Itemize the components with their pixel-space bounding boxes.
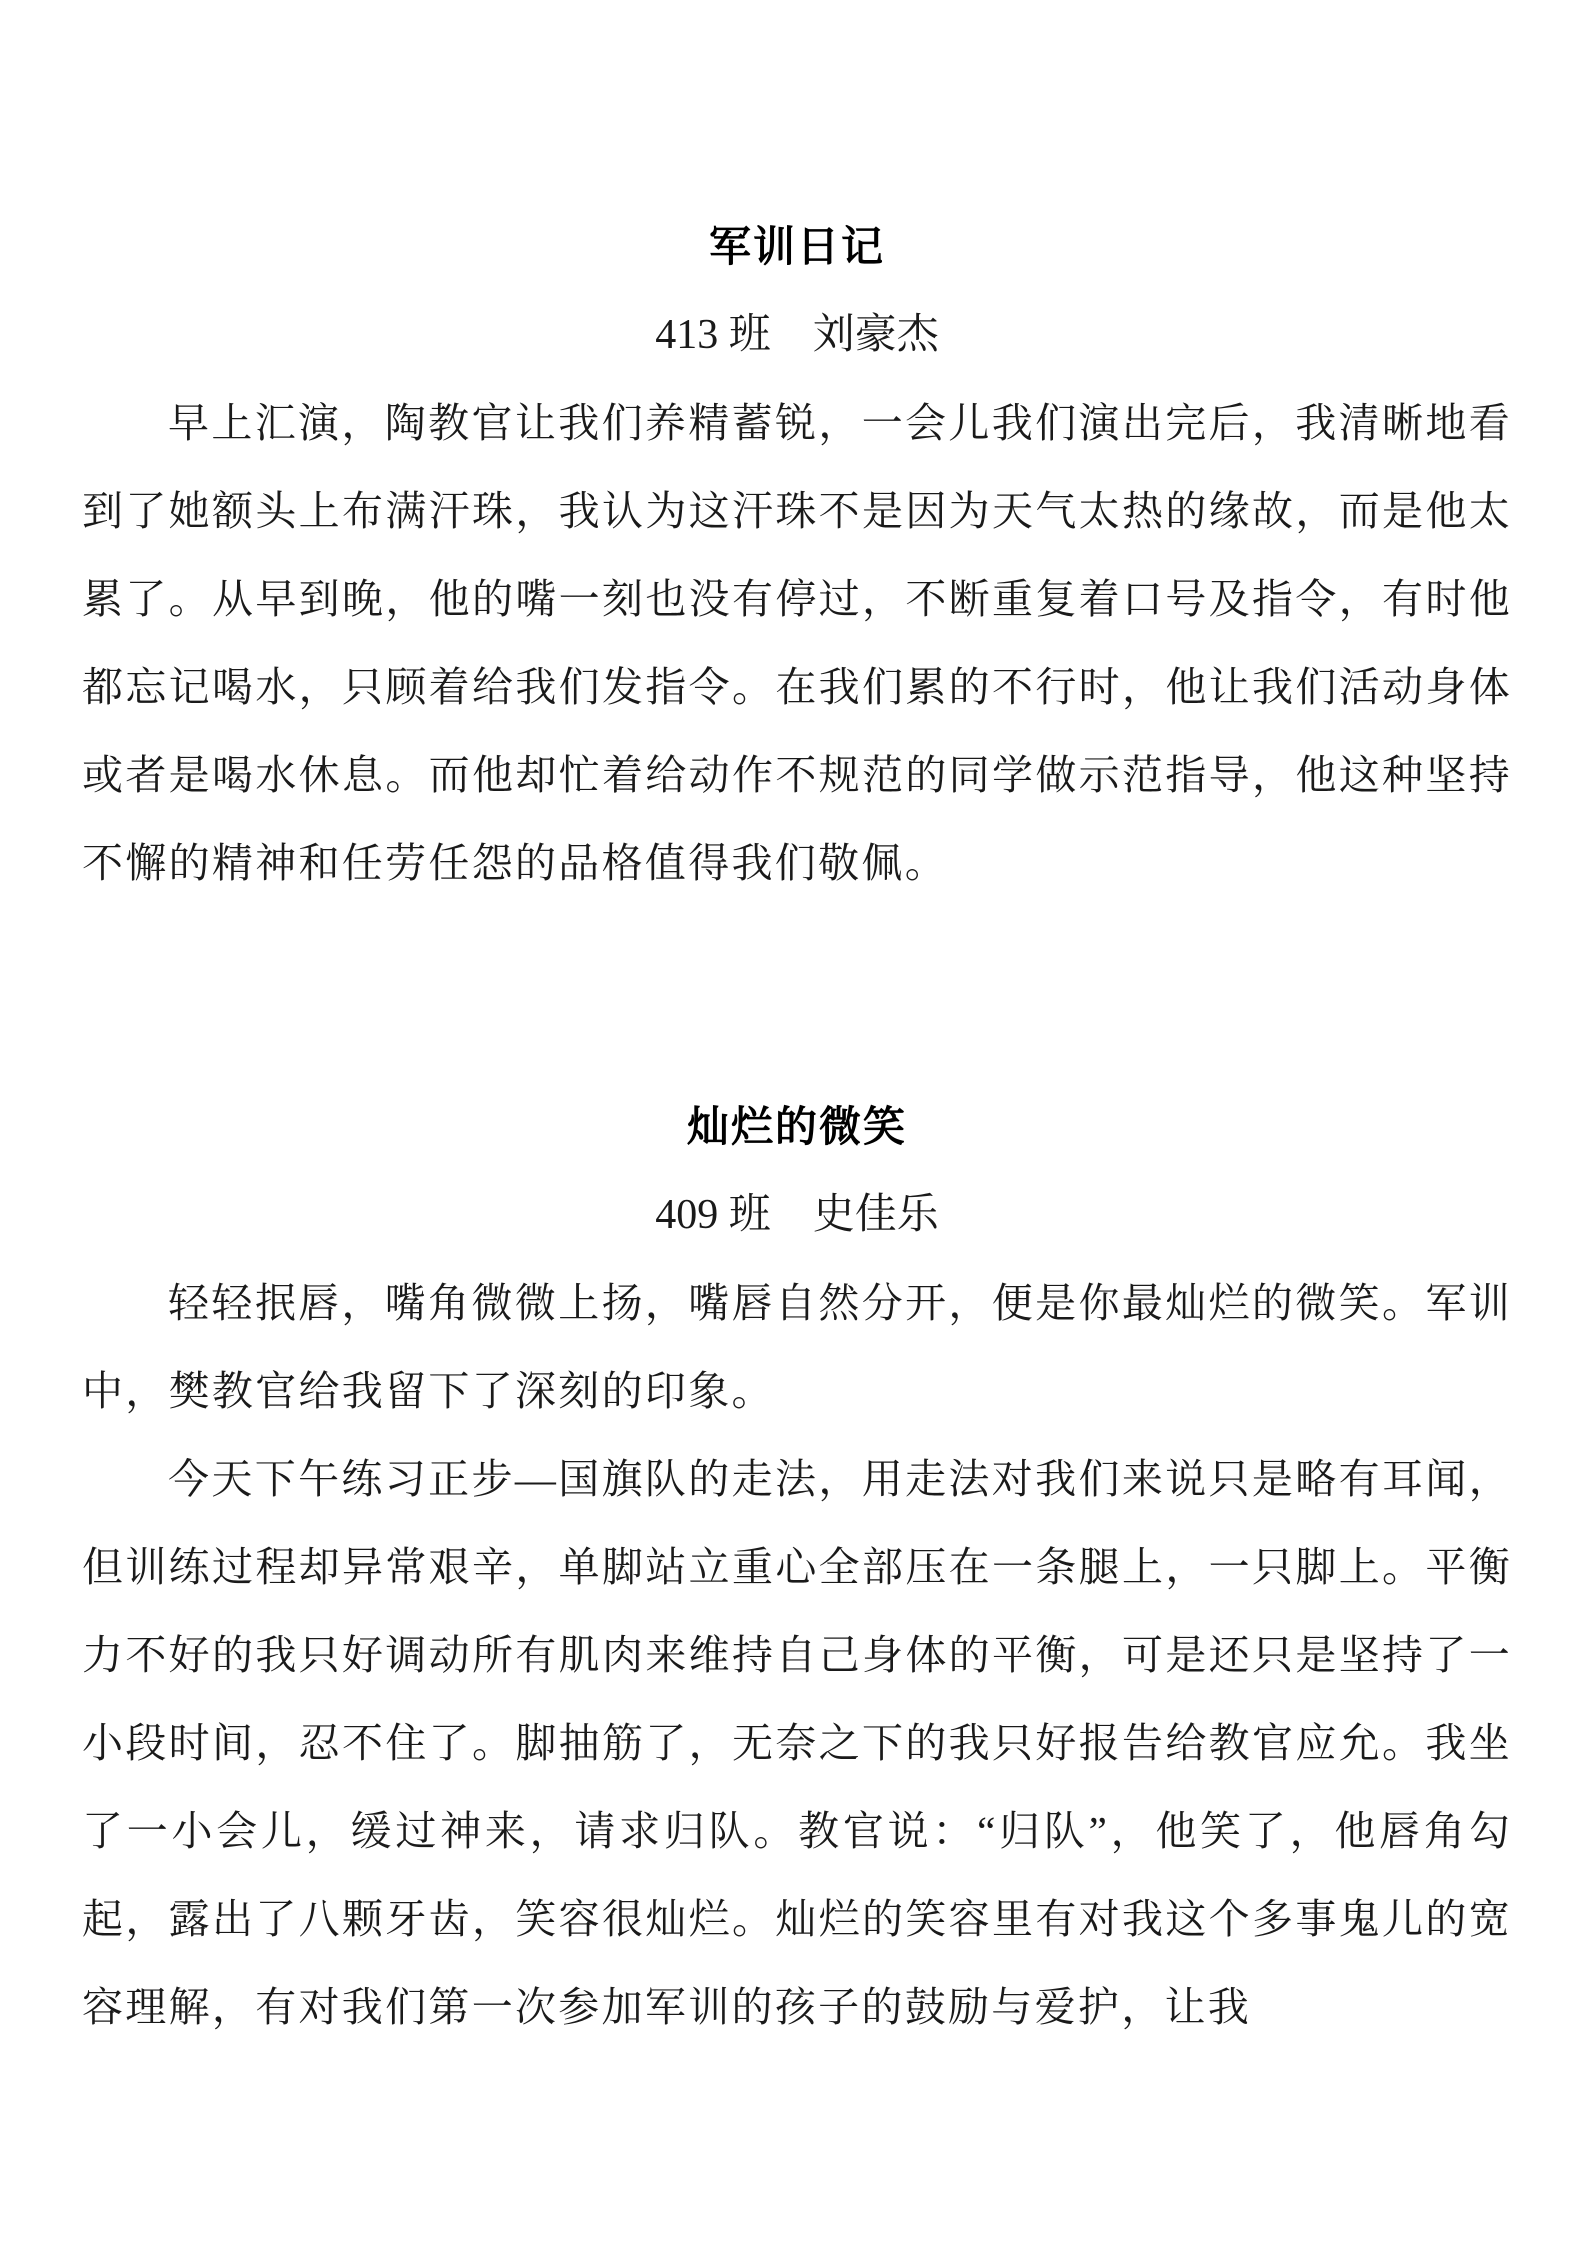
essay-2-paragraph-2: 今天下午练习正步—国旗队的走法，用走法对我们来说只是略有耳闻，但训练过程却异常艰… [82, 1435, 1512, 2051]
essay-1-byline: 413 班 刘豪杰 [82, 291, 1512, 379]
essay-2-paragraph-1: 轻轻抿唇，嘴角微微上扬，嘴唇自然分开，便是你最灿烂的微笑。军训中，樊教官给我留下… [82, 1259, 1512, 1435]
document-page: 军训日记 413 班 刘豪杰 早上汇演，陶教官让我们养精蓄锐，一会儿我们演出完后… [0, 0, 1587, 2245]
essay-2-title: 灿烂的微笑 [82, 1083, 1512, 1171]
essay-military-training-diary: 军训日记 413 班 刘豪杰 早上汇演，陶教官让我们养精蓄锐，一会儿我们演出完后… [82, 203, 1512, 907]
essay-2-byline: 409 班 史佳乐 [82, 1171, 1512, 1259]
essay-brilliant-smile: 灿烂的微笑 409 班 史佳乐 轻轻抿唇，嘴角微微上扬，嘴唇自然分开，便是你最灿… [82, 1083, 1512, 2051]
essay-1-paragraph-1: 早上汇演，陶教官让我们养精蓄锐，一会儿我们演出完后，我清晰地看到了她额头上布满汗… [82, 379, 1512, 907]
essay-1-title: 军训日记 [82, 203, 1512, 291]
